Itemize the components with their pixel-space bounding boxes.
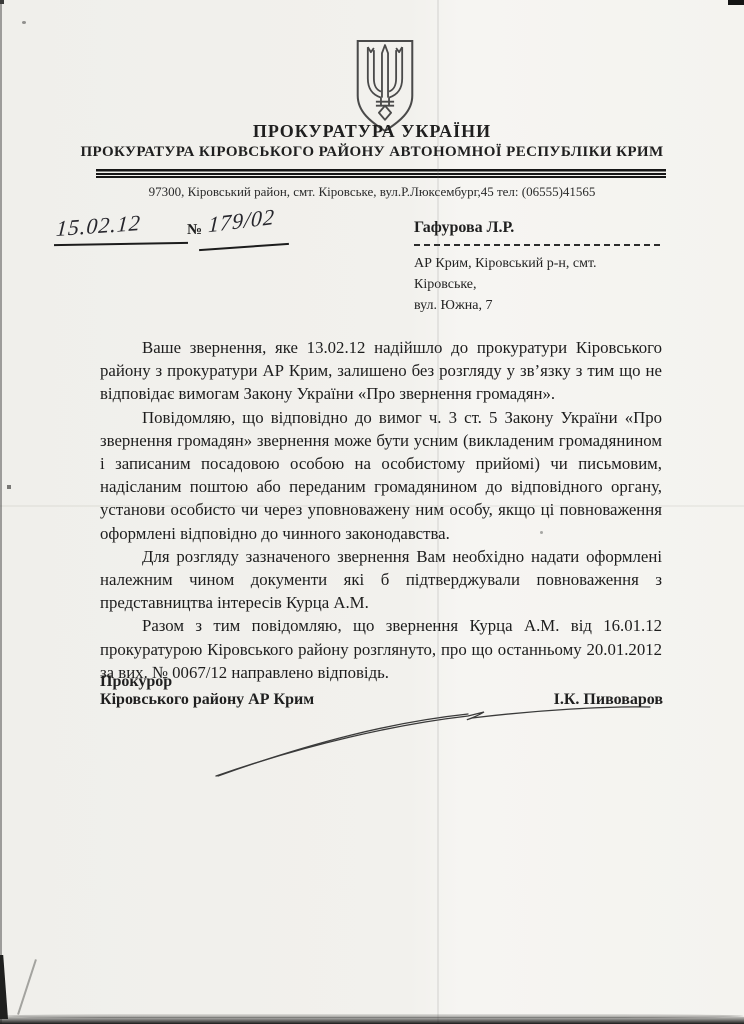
scan-bottom-band — [0, 1017, 744, 1024]
header-rule — [96, 169, 666, 178]
date-underline — [54, 242, 188, 246]
letter-paragraph: Для розгляду зазначеного звернення Вам н… — [100, 545, 662, 615]
horizontal-fold-crease — [0, 505, 744, 507]
recipient-address-line1: АР Крим, Кіровський р-н, смт. Кіровське, — [414, 253, 660, 295]
org-name-main: ПРОКУРАТУРА УКРАЇНИ — [0, 121, 744, 142]
recipient-name: Гафурова Л.Р. — [414, 219, 660, 237]
scan-speck — [540, 531, 543, 534]
scan-corner-top-left — [0, 0, 4, 4]
scanned-letter-page: ПРОКУРАТУРА УКРАЇНИ ПРОКУРАТУРА КІРОВСЬК… — [0, 0, 744, 1024]
recipient-divider — [414, 244, 660, 246]
letter-paragraph: Ваше звернення, яке 13.02.12 надійшло до… — [100, 336, 662, 406]
scan-left-edge — [0, 0, 2, 1024]
recipient-block: Гафурова Л.Р. АР Крим, Кіровський р-н, с… — [414, 219, 660, 316]
letter-body: Ваше звернення, яке 13.02.12 надійшло до… — [100, 336, 662, 684]
scan-speck — [7, 485, 11, 489]
number-underline — [199, 243, 289, 251]
scan-speck — [22, 21, 26, 24]
number-sign: № — [187, 222, 202, 239]
letter-paragraph: Повідомляю, що відповідно до вимог ч. 3 … — [100, 406, 662, 545]
handwritten-signature — [138, 688, 678, 788]
vertical-fold-crease — [437, 0, 439, 1024]
bottom-left-fold-line — [17, 959, 37, 1015]
handwritten-date: 15.02.12 — [55, 210, 142, 242]
org-name-sub: ПРОКУРАТУРА КІРОВСЬКОГО РАЙОНУ АВТОНОМНО… — [0, 144, 744, 161]
scan-corner-bottom-left — [0, 955, 8, 1019]
recipient-address-line2: вул. Южна, 7 — [414, 295, 660, 316]
scan-corner-top-right — [728, 0, 744, 5]
handwritten-number: 179/02 — [208, 204, 276, 239]
org-address: 97300, Кіровський район, смт. Кіровське,… — [0, 184, 744, 200]
